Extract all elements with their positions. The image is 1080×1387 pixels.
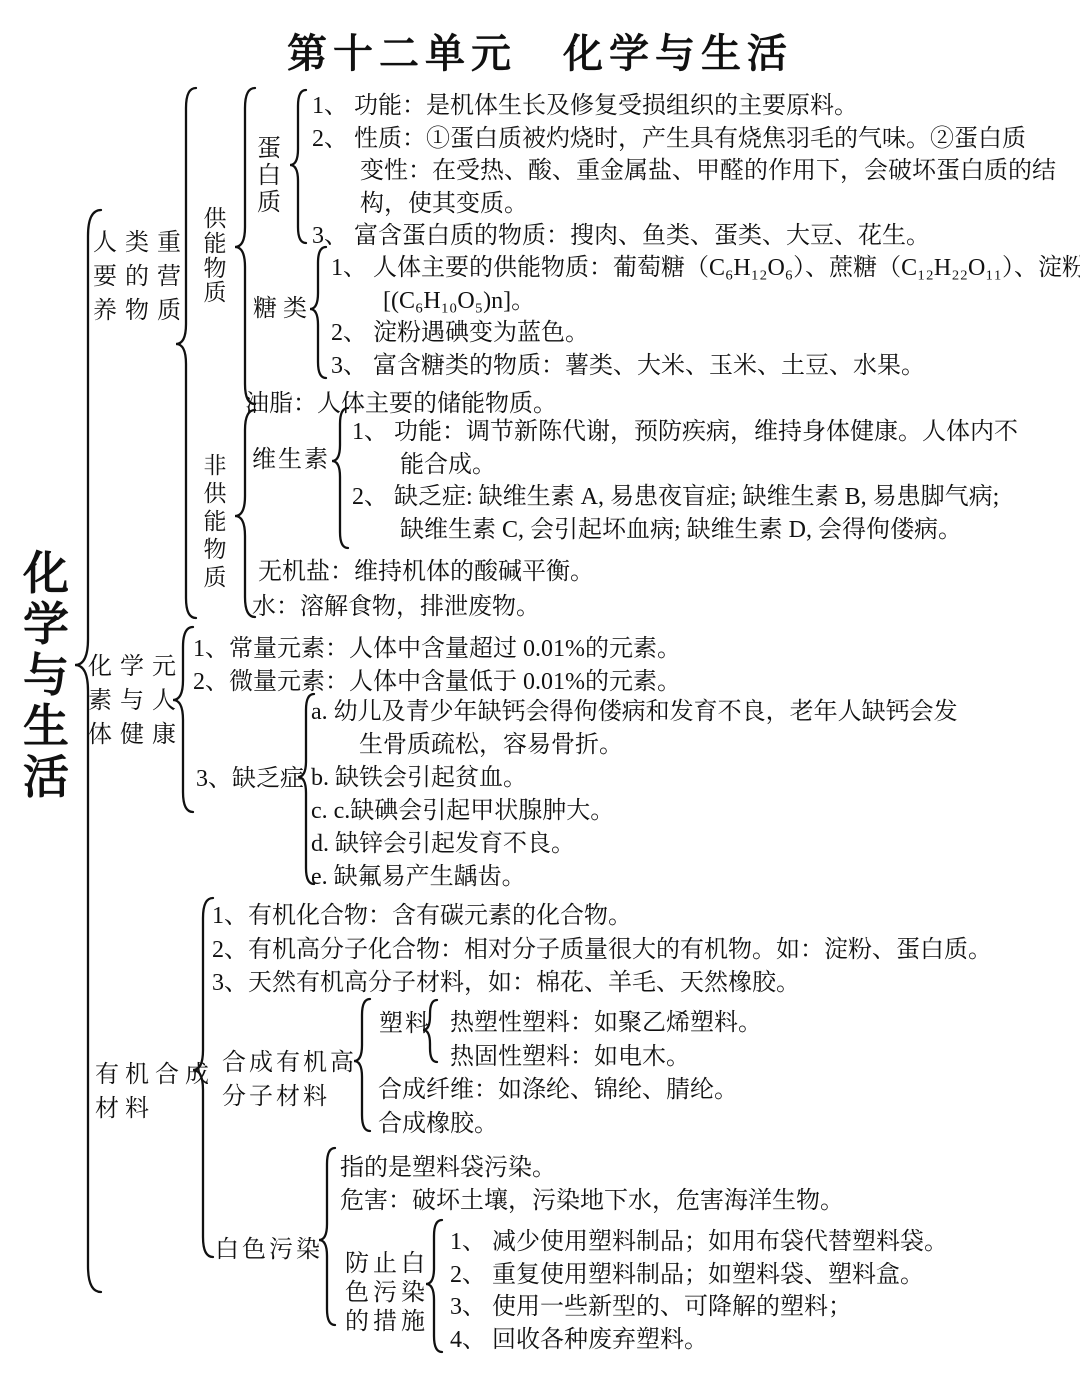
text-line: 1、 人体主要的供能物质：葡萄糖（C₆H₁₂O₆）、蔗糖（C₁₂H₂₂O₁₁）、… (331, 252, 1080, 285)
deficiency-items: a. 幼儿及青少年缺钙会得佝偻病和发育不良，老年人缺钙会发 生骨质疏松，容易骨折… (311, 696, 958, 894)
vitamin-label: 维生素 (252, 444, 330, 477)
brace (332, 408, 348, 548)
text-line: 1、 功能：是机体生长及修复受损组织的主要原料。 (312, 90, 1056, 123)
text-line: a. 幼儿及青少年缺钙会得佝偻病和发育不良，老年人缺钙会发 (311, 696, 958, 729)
water-note: 水：溶解食物，排泄废物。 (252, 591, 540, 624)
brace (176, 88, 196, 618)
mindmap-page: 第十二单元 化学与生活 化学与生活 人类重 要的营 养物质 供能物质 蛋白质 1… (0, 0, 1080, 1387)
text-line: 热塑性塑料：如聚乙烯塑料。 (450, 1006, 762, 1040)
synthetic-fiber-note: 合成纤维：如涤纶、锦纶、腈纶。 (378, 1074, 738, 1107)
sugar-label: 糖类 (253, 293, 313, 326)
non-energy-substances-label: 非供能物质 (201, 452, 229, 592)
text-line: 2、 性质：①蛋白质被灼烧时，产生具有烧焦羽毛的气味。②蛋白质 (312, 123, 1056, 156)
white-pollution-label: 白色污染 (215, 1234, 323, 1267)
text-line: 2、微量元素：人体中含量低于 0.01%的元素。 (193, 666, 681, 699)
brace (235, 88, 255, 404)
root-label: 化学与生活 (20, 548, 72, 803)
prevention-items: 1、 减少使用塑料制品；如用布袋代替塑料袋。 2、 重复使用塑料制品；如塑料袋、… (450, 1226, 948, 1356)
organic-label-line: 材料 (95, 1092, 215, 1126)
brace (235, 410, 255, 617)
prevention-label-line: 防止白 (345, 1250, 429, 1279)
elements-label: 化学元 素与人 体健康 (88, 650, 184, 752)
text-line: 3、天然有机高分子材料，如：棉花、羊毛、天然橡胶。 (212, 967, 992, 1001)
text-line: d. 缺锌会引起发育不良。 (311, 828, 958, 861)
text-line: 3、 富含蛋白质的物质：搜肉、鱼类、蛋类、大豆、花生。 (312, 220, 1056, 253)
vitamin-notes: 1、 功能：调节新陈代谢，预防疾病，维持身体健康。人体内不 能合成。 2、 缺乏… (352, 416, 1018, 546)
plastic-notes: 热塑性塑料：如聚乙烯塑料。 热固性塑料：如电木。 (450, 1006, 762, 1074)
text-line: e. 缺氟易产生龋齿。 (311, 861, 958, 894)
protein-notes: 1、 功能：是机体生长及修复受损组织的主要原料。 2、 性质：①蛋白质被灼烧时，… (312, 90, 1056, 253)
text-line: 3、 富含糖类的物质：薯类、大米、玉米、土豆、水果。 (331, 350, 1080, 383)
text-line: 1、有机化合物：含有碳元素的化合物。 (212, 900, 992, 934)
text-line: 1、 功能：调节新陈代谢，预防疾病，维持身体健康。人体内不 (352, 416, 1018, 449)
text-line: 1、 减少使用塑料制品；如用布袋代替塑料袋。 (450, 1226, 948, 1259)
organic-notes: 1、有机化合物：含有碳元素的化合物。 2、有机高分子化合物：相对分子质量很大的有… (212, 900, 992, 1001)
text-line: 2、 淀粉遇碘变为蓝色。 (331, 317, 1080, 350)
text-line: 3、 使用一些新型的、可降解的塑料； (450, 1291, 948, 1324)
synthetic-polymer-label-line: 合成有机高 (222, 1046, 357, 1080)
text-line: 能合成。 (352, 449, 1018, 482)
protein-label: 蛋白质 (255, 136, 283, 217)
text-line: 2、 重复使用塑料制品；如塑料袋、塑料盒。 (450, 1259, 948, 1292)
prevention-label-line: 的措施 (345, 1308, 429, 1337)
text-line: c. c.缺碘会引起甲状腺肿大。 (311, 795, 958, 828)
text-line: 生骨质疏松，容易骨折。 (311, 729, 958, 762)
elements-label-line: 化学元 (88, 650, 184, 684)
text-line: b. 缺铁会引起贫血。 (311, 762, 958, 795)
text-line: 热固性塑料：如电木。 (450, 1040, 762, 1074)
text-line: 2、有机高分子化合物：相对分子质量很大的有机物。如：淀粉、蛋白质。 (212, 934, 992, 968)
organic-label-line: 有机合成 (95, 1058, 215, 1092)
organic-label: 有机合成 材料 (95, 1058, 215, 1126)
white-pollution-notes: 指的是塑料袋污染。 危害：破坏土壤，污染地下水，危害海洋生物。 (340, 1152, 844, 1218)
elements-label-line: 素与人 (88, 684, 184, 718)
nutrition-label-line: 养物质 (93, 294, 189, 328)
text-line: 变性：在受热、酸、重金属盐、甲醛的作用下，会破坏蛋白质的结 (312, 155, 1056, 188)
elements-notes: 1、常量元素：人体中含量超过 0.01%的元素。 2、微量元素：人体中含量低于 … (193, 633, 681, 698)
energy-substances-label: 供能物质 (201, 207, 229, 306)
text-line: 4、 回收各种废弃塑料。 (450, 1324, 948, 1357)
brace (290, 90, 306, 243)
prevention-label-line: 色污染 (345, 1279, 429, 1308)
text-line: 指的是塑料袋污染。 (340, 1152, 844, 1185)
plastic-label: 塑料 (379, 1008, 431, 1041)
elements-label-line: 体健康 (88, 718, 184, 752)
mineral-note: 无机盐：维持机体的酸碱平衡。 (258, 556, 594, 589)
text-line: 缺维生素 C, 会引起坏血病; 缺维生素 D, 会得佝偻病。 (352, 514, 1018, 547)
page-title: 第十二单元 化学与生活 (0, 22, 1080, 79)
nutrition-label-line: 人类重 (93, 226, 189, 260)
deficiency-label: 3、缺乏症 (196, 763, 304, 796)
text-line: 构，使其变质。 (312, 188, 1056, 221)
nutrition-label-line: 要的营 (93, 260, 189, 294)
text-line: 危害：破坏土壤，污染地下水，危害海洋生物。 (340, 1185, 844, 1218)
prevention-label: 防止白 色污染 的措施 (345, 1250, 429, 1337)
synthetic-rubber-note: 合成橡胶。 (378, 1108, 498, 1141)
sugar-notes: 1、 人体主要的供能物质：葡萄糖（C₆H₁₂O₆）、蔗糖（C₁₂H₂₂O₁₁）、… (331, 252, 1080, 382)
text-line: 2、 缺乏症: 缺维生素 A, 易患夜盲症; 缺维生素 B, 易患脚气病; (352, 481, 1018, 514)
text-line: [(C₆H₁₀O₅)n]。 (331, 285, 1080, 318)
synthetic-polymer-label-line: 分子材料 (222, 1080, 357, 1114)
synthetic-polymer-label: 合成有机高 分子材料 (222, 1046, 357, 1114)
text-line: 1、常量元素：人体中含量超过 0.01%的元素。 (193, 633, 681, 666)
nutrition-label: 人类重 要的营 养物质 (93, 226, 189, 328)
